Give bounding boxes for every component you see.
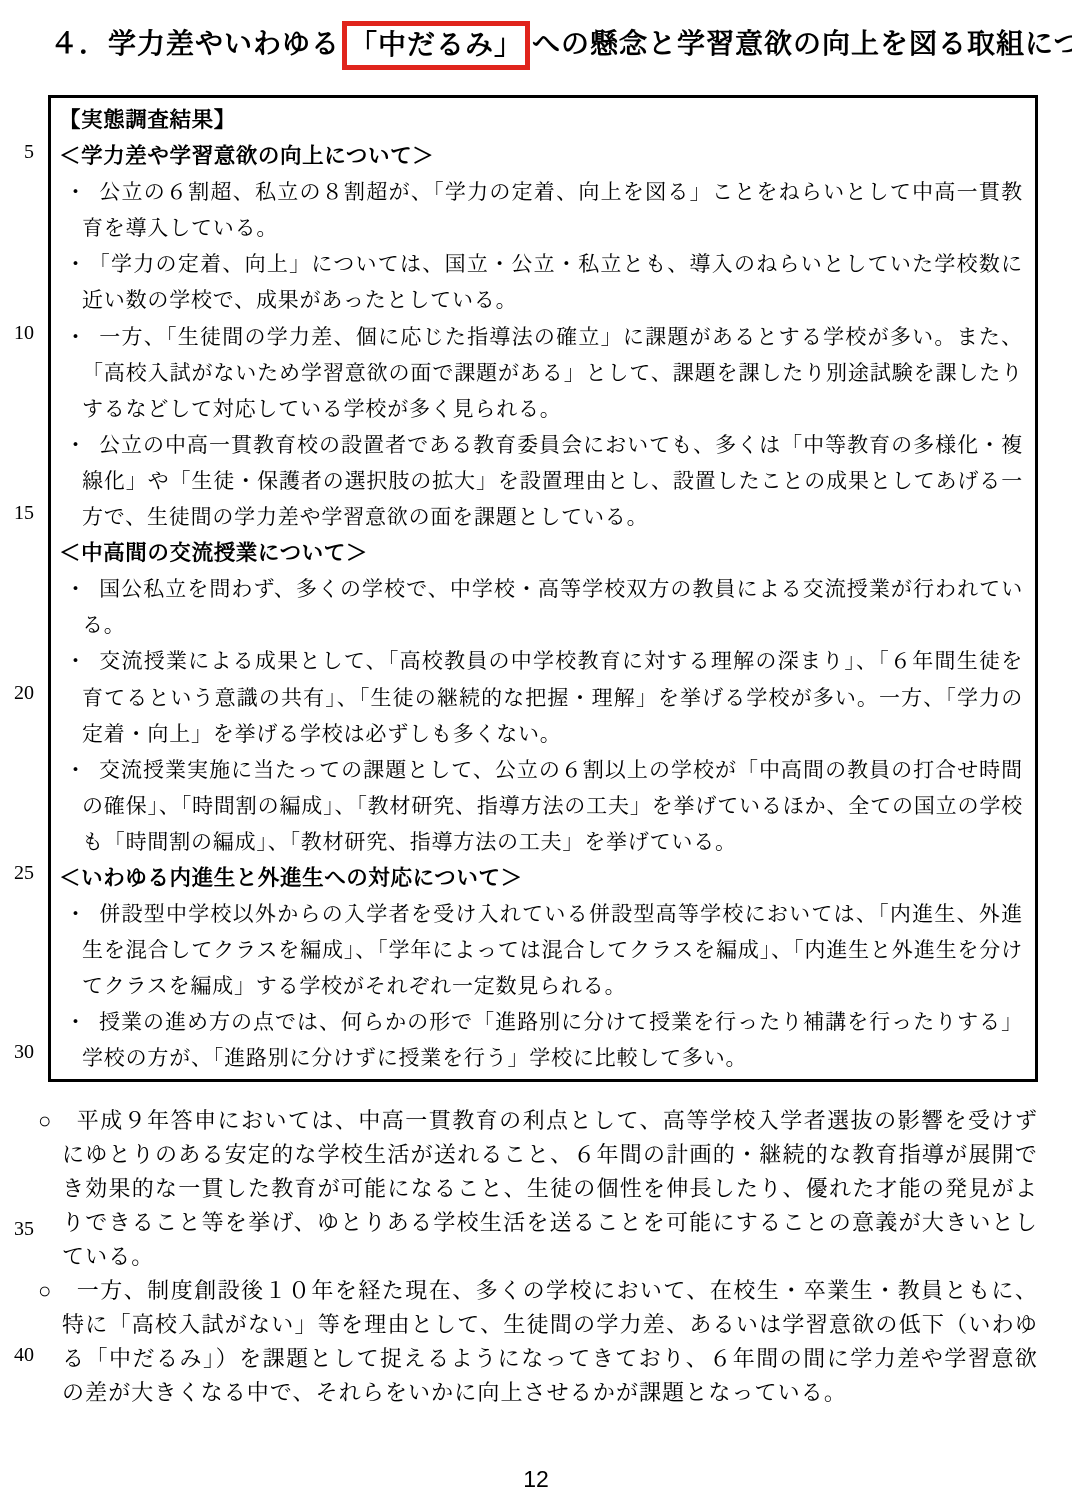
bullet-dot: ・ <box>65 252 87 276</box>
bullet-text: 交流授業による成果として、「高校教員の中学校教育に対する理解の深まり」、「６年間… <box>82 649 1023 745</box>
bullet-text: 「学力の定着、向上」については、国立・公立・私立とも、導入のねらいとしていた学校… <box>82 252 1023 312</box>
bullet-text: 併設型中学校以外からの入学者を受け入れている併設型高等学校においては、「内進生、… <box>82 902 1023 998</box>
bullet-dot: ・ <box>65 180 87 204</box>
paragraph-nakadarumi-kadai: ○一方、制度創設後１０年を経た現在、多くの学校において、在校生・卒業生・教員とも… <box>38 1274 1038 1410</box>
section-heading-naishinsei: ＜いわゆる内進生と外進生への対応について＞ <box>59 860 1023 896</box>
title-highlight-box: 「中だるみ」 <box>342 21 530 70</box>
bullet-text: 交流授業実施に当たっての課題として、公立の６割以上の学校が「中高間の教員の打合せ… <box>82 758 1023 854</box>
bullet-dot: ・ <box>65 325 87 349</box>
bullet-text: 公立の６割超、私立の８割超が、「学力の定着、向上を図る」ことをねらいとして中高一… <box>82 180 1023 240</box>
bullet-text: 公立の中高一貫教育校の設置者である教育委員会においても、多くは「中等教育の多様化… <box>82 433 1023 529</box>
bullet-dot: ・ <box>65 433 87 457</box>
paragraph-text: 一方、制度創設後１０年を経た現在、多くの学校において、在校生・卒業生・教員ともに… <box>62 1278 1038 1405</box>
title-highlighted-text: 「中だるみ」 <box>349 29 523 60</box>
bullet-dot: ・ <box>65 758 87 782</box>
bullet-item: ・授業の進め方の点では、何らかの形で「進路別に分けて授業を行ったり補講を行ったり… <box>65 1004 1023 1076</box>
survey-box-heading: 【実態調査結果】 <box>59 102 1023 138</box>
page-number: 12 <box>0 1466 1072 1493</box>
document-page: ４．学力差やいわゆる「中だるみ」への懸念と学習意欲の向上を図る取組について 5 … <box>0 0 1072 1511</box>
survey-results-box: 【実態調査結果】 ＜学力差や学習意欲の向上について＞ ・公立の６割超、私立の８割… <box>48 95 1038 1082</box>
bullet-item: ・公立の中高一貫教育校の設置者である教育委員会においても、多くは「中等教育の多様… <box>65 427 1023 535</box>
paragraph-text: 平成９年答申においては、中高一貫教育の利点として、高等学校入学者選抜の影響を受け… <box>62 1108 1038 1269</box>
paragraph-heisei9-toushin: ○平成９年答申においては、中高一貫教育の利点として、高等学校入学者選抜の影響を受… <box>38 1104 1038 1274</box>
title-text-after: への懸念と学習意欲の向上を図る取組について <box>532 28 1072 59</box>
circle-marker: ○ <box>38 1278 53 1303</box>
bullet-dot: ・ <box>65 577 87 601</box>
bullet-item: ・公立の６割超、私立の８割超が、「学力の定着、向上を図る」ことをねらいとして中高… <box>65 174 1023 246</box>
bullet-item: ・国公私立を問わず、多くの学校で、中学校・高等学校双方の教員による交流授業が行わ… <box>65 571 1023 643</box>
bullet-dot: ・ <box>65 649 87 673</box>
section-heading-koryu-jugyo: ＜中高間の交流授業について＞ <box>59 535 1023 571</box>
bullet-text: 一方、「生徒間の学力差、個に応じた指導法の確立」に課題があるとする学校が多い。ま… <box>82 325 1023 421</box>
bullet-item: ・交流授業による成果として、「高校教員の中学校教育に対する理解の深まり」、「６年… <box>65 643 1023 751</box>
bullet-item: ・一方、「生徒間の学力差、個に応じた指導法の確立」に課題があるとする学校が多い。… <box>65 319 1023 427</box>
bullet-item: ・「学力の定着、向上」については、国立・公立・私立とも、導入のねらいとしていた学… <box>65 246 1023 318</box>
bullet-item: ・併設型中学校以外からの入学者を受け入れている併設型高等学校においては、「内進生… <box>65 896 1023 1004</box>
bullet-dot: ・ <box>65 902 87 926</box>
content-column: 【実態調査結果】 ＜学力差や学習意欲の向上について＞ ・公立の６割超、私立の８割… <box>0 95 1072 1410</box>
section-heading-gakuryokusa: ＜学力差や学習意欲の向上について＞ <box>59 138 1023 174</box>
bullet-item: ・交流授業実施に当たっての課題として、公立の６割以上の学校が「中高間の教員の打合… <box>65 752 1023 860</box>
circle-marker: ○ <box>38 1108 53 1133</box>
title-text-before: ４．学力差やいわゆる <box>50 28 340 59</box>
bullet-text: 授業の進め方の点では、何らかの形で「進路別に分けて授業を行ったり補講を行ったりす… <box>82 1010 1023 1070</box>
bullet-dot: ・ <box>65 1010 87 1034</box>
bullet-text: 国公私立を問わず、多くの学校で、中学校・高等学校双方の教員による交流授業が行われ… <box>82 577 1023 637</box>
page-title: ４．学力差やいわゆる「中だるみ」への懸念と学習意欲の向上を図る取組について <box>50 14 1050 74</box>
